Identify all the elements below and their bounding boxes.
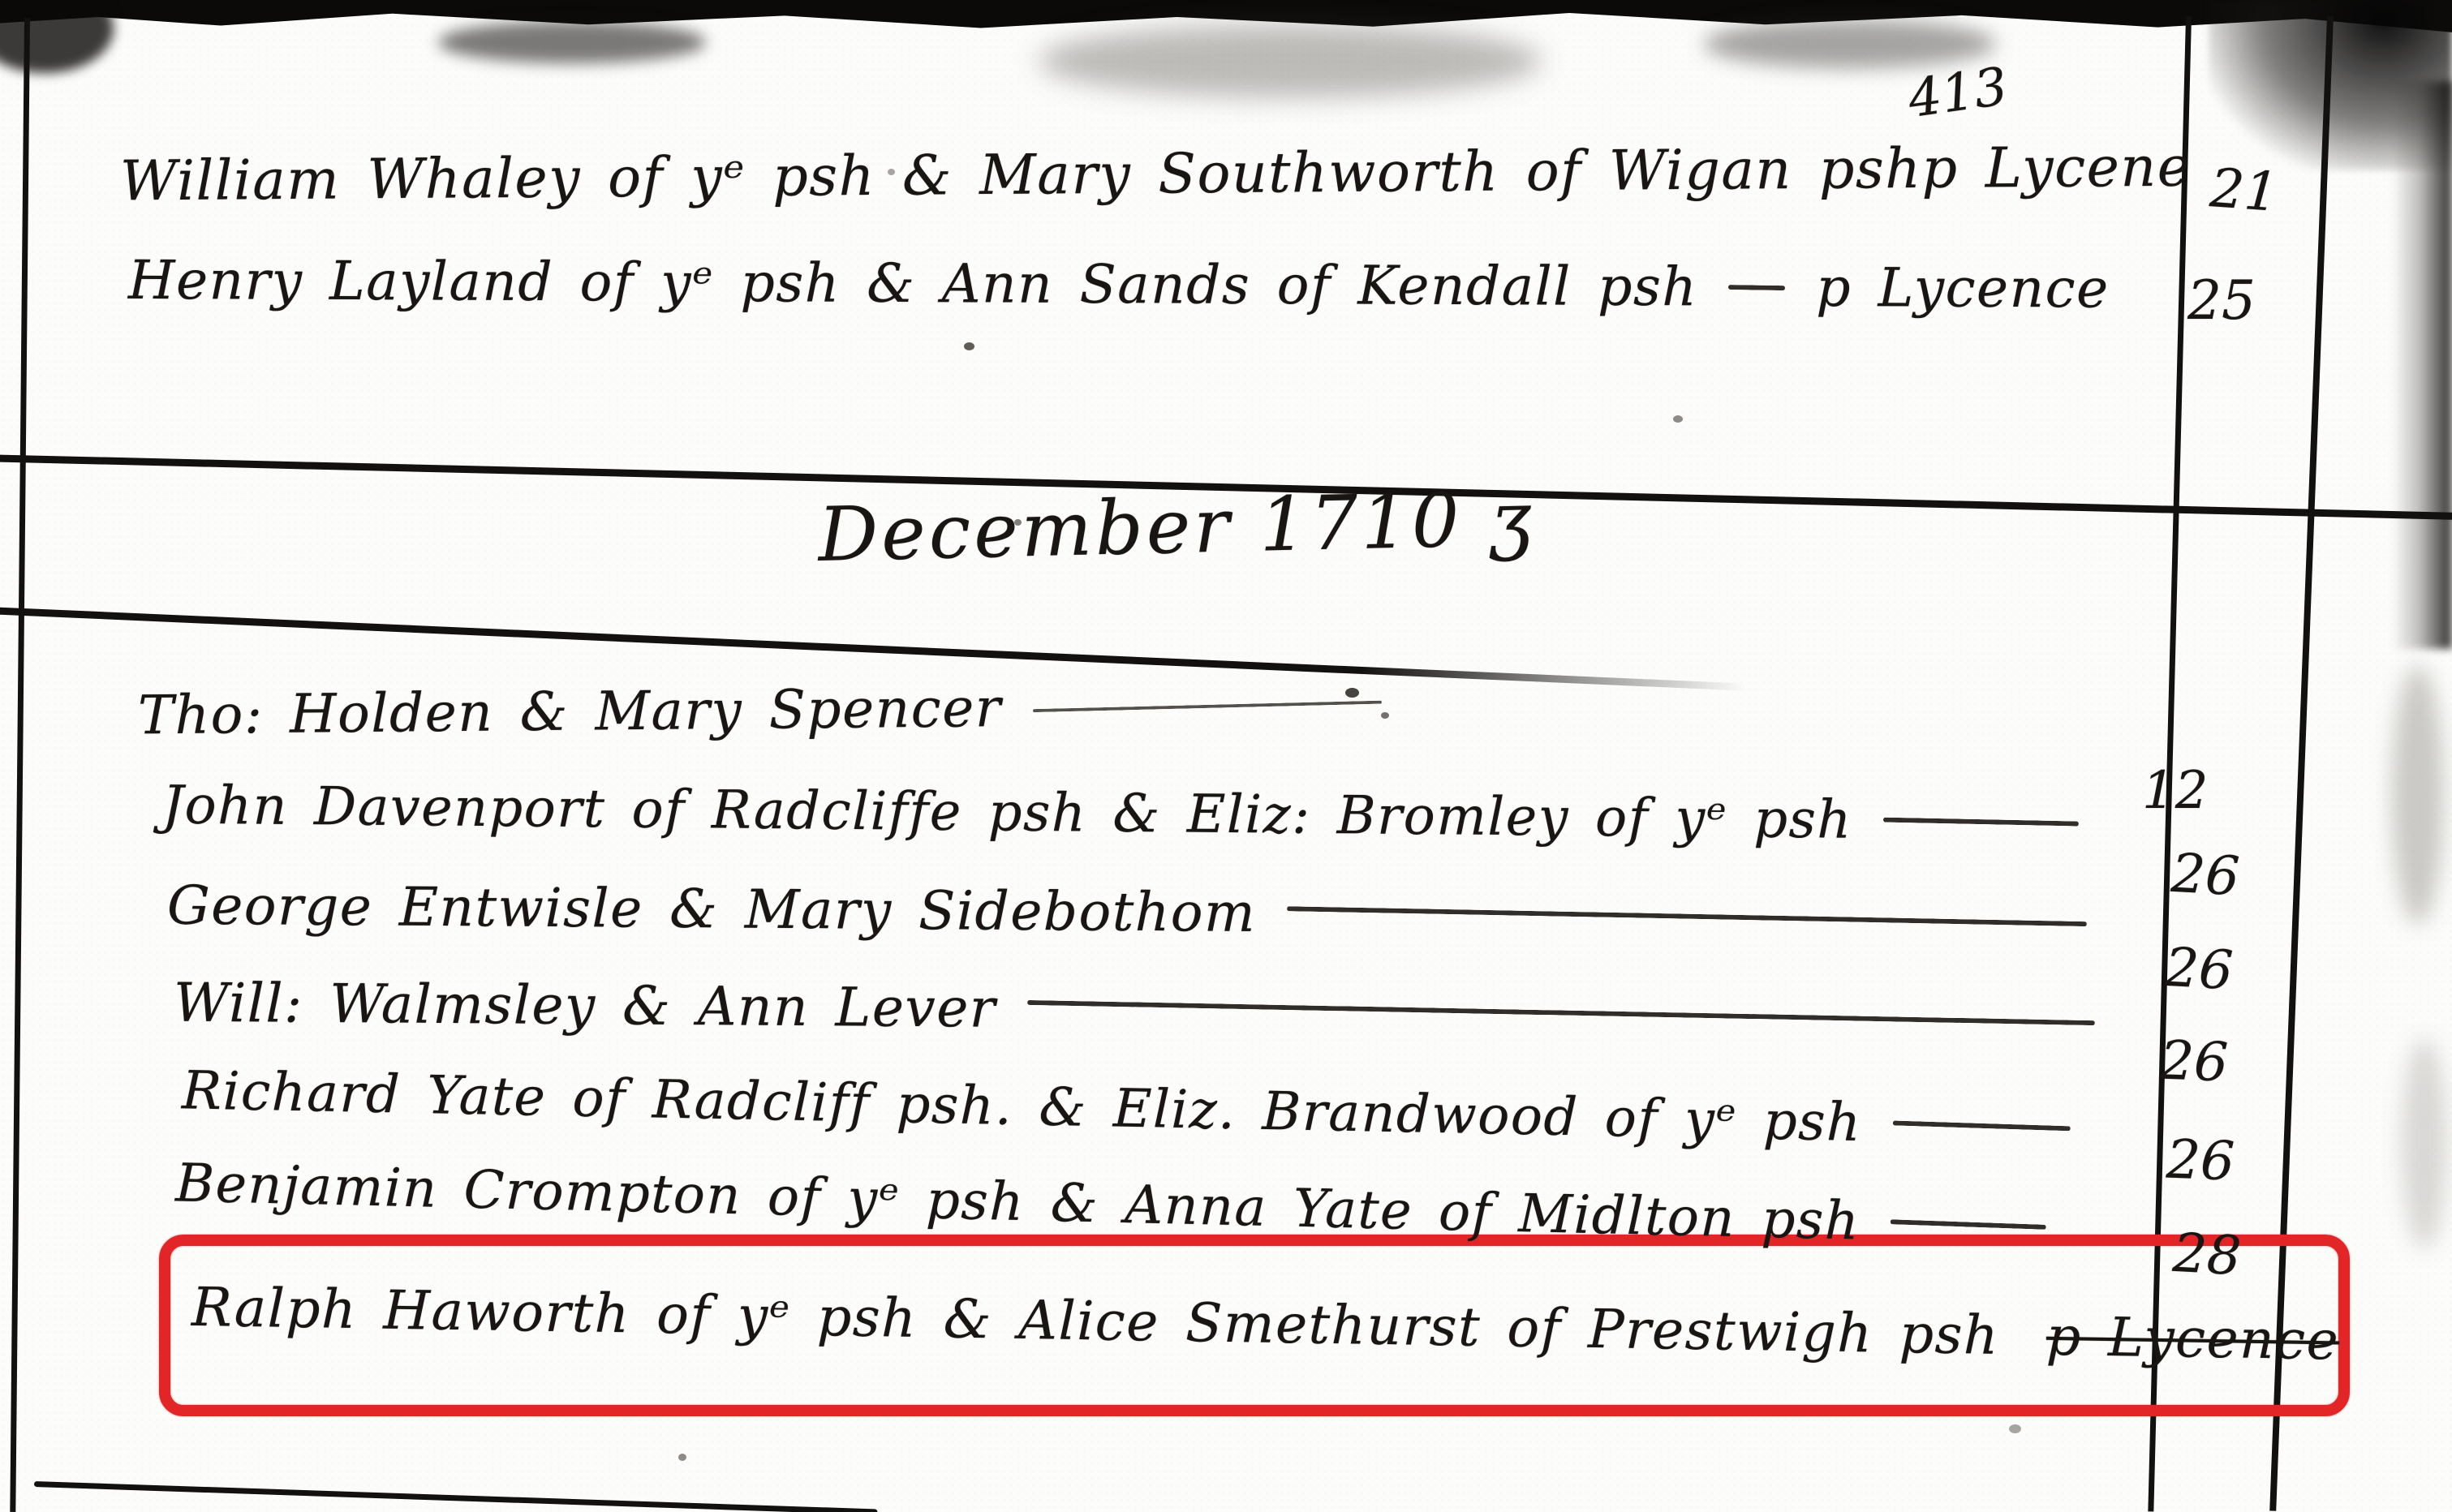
entry-licence-note: p Lycence bbox=[2045, 1305, 2339, 1372]
entry-day: 26 bbox=[2170, 842, 2241, 908]
register-entry: George Entwisle & Mary Sidebothom bbox=[167, 874, 2118, 951]
entry-text: Henry Layland of yᵉ psh & Ann Sands of K… bbox=[128, 249, 1698, 318]
page-number: 413 bbox=[1904, 57, 2011, 130]
entry-day: 28 bbox=[2171, 1222, 2243, 1287]
scan-smudge bbox=[0, 0, 114, 73]
entry-dash bbox=[1883, 817, 2079, 826]
entry-day: 26 bbox=[2163, 936, 2235, 1002]
entry-dash bbox=[1891, 1219, 2046, 1230]
entry-licence-note: p Lycence bbox=[1816, 256, 2110, 320]
entry-text: John Davenport of Radcliffe psh & Eliz: … bbox=[162, 775, 1852, 851]
entry-text: George Entwisle & Mary Sidebothom bbox=[167, 874, 1257, 944]
entry-text: Richard Yate of Radcliff psh. & Eliz. Br… bbox=[181, 1060, 1862, 1153]
scan-edge-right bbox=[2392, 81, 2452, 649]
entry-dash bbox=[1287, 906, 2087, 926]
entry-dash bbox=[1027, 999, 2095, 1024]
entry-text: Tho: Holden & Mary Spencer bbox=[138, 677, 1002, 746]
scan-smudge bbox=[1039, 24, 1542, 97]
ink-speck bbox=[2009, 1424, 2021, 1433]
bottom-entry-rule bbox=[34, 1481, 878, 1512]
register-entry: William Whaley of yᵉ psh & Mary Southwor… bbox=[120, 136, 2080, 214]
entry-text: Will: Walmsley & Ann Lever bbox=[174, 972, 996, 1040]
register-entry: Will: Walmsley & Ann Lever bbox=[174, 972, 2126, 1048]
entry-text: William Whaley of yᵉ psh & Mary Southwor… bbox=[120, 137, 1922, 214]
scan-smudge bbox=[1704, 19, 1996, 68]
register-entry: Henry Layland of yᵉ psh & Ann Sands of K… bbox=[128, 249, 2048, 320]
ink-speck bbox=[678, 1454, 686, 1461]
entry-day: 12 bbox=[2142, 761, 2208, 821]
register-entry: Tho: Holden & Mary Spencer bbox=[138, 672, 1512, 747]
register-scan-page: 413 William Whaley of yᵉ psh & Mary Sout… bbox=[0, 0, 2452, 1512]
entry-dash bbox=[1728, 285, 1785, 290]
scan-smudge bbox=[2392, 665, 2444, 925]
ink-speck bbox=[1673, 415, 1683, 423]
entry-licence-note: p Lycene bbox=[1921, 135, 2191, 201]
register-entry: John Davenport of Radcliffe psh & Eliz: … bbox=[162, 775, 2110, 853]
scan-smudge bbox=[2402, 1038, 2447, 1249]
scan-smudge bbox=[438, 21, 706, 63]
month-header: December 1710 ʒ bbox=[770, 475, 1583, 580]
register-entry: Richard Yate of Radcliff psh. & Eliz. Br… bbox=[181, 1060, 2101, 1158]
entry-day: 21 bbox=[2208, 157, 2280, 224]
ink-speck bbox=[964, 342, 974, 350]
left-margin-rule bbox=[10, 18, 30, 1512]
entry-dash bbox=[1033, 700, 1382, 712]
entry-day: 25 bbox=[2187, 269, 2256, 332]
entry-day: 26 bbox=[2166, 1128, 2236, 1193]
entry-day: 26 bbox=[2159, 1029, 2230, 1094]
entry-dash bbox=[1892, 1120, 2070, 1131]
